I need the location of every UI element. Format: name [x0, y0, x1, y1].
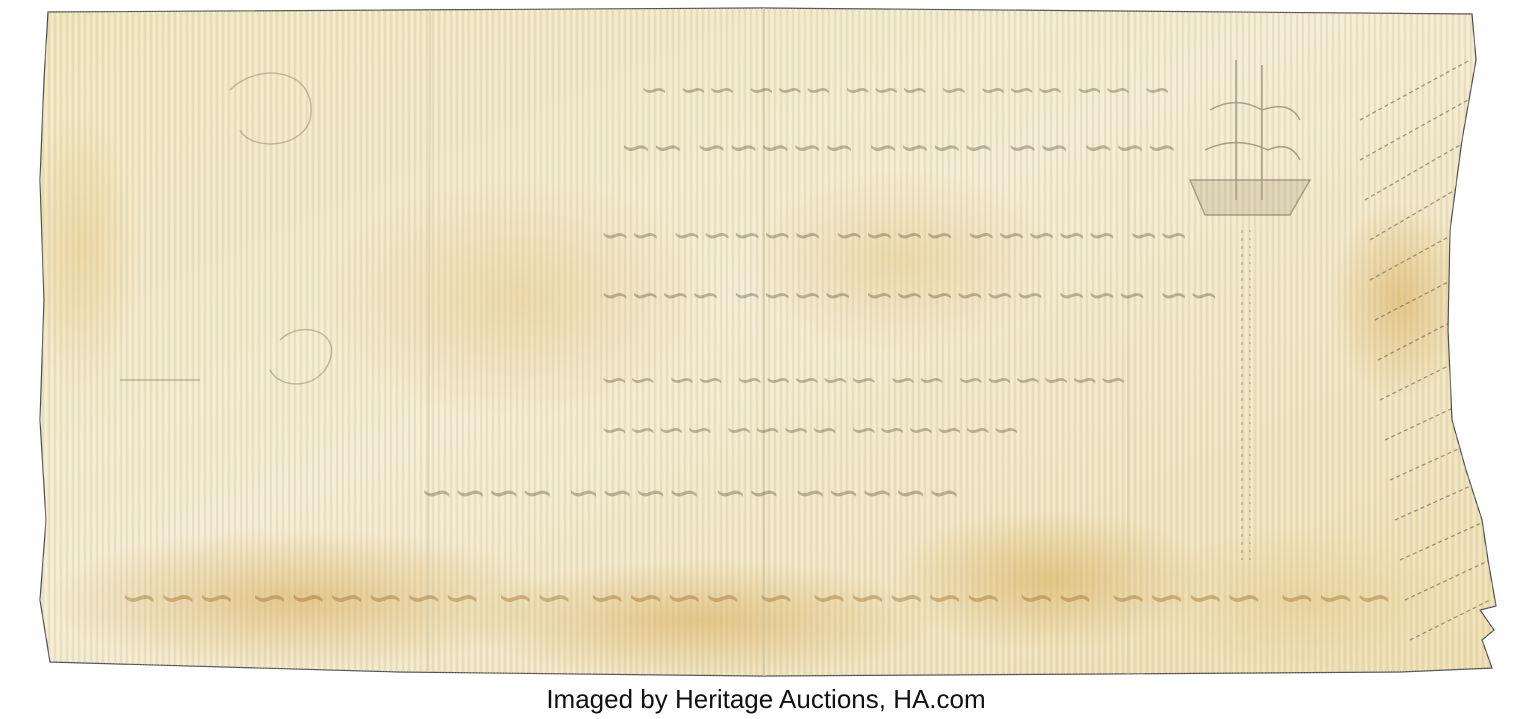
image-stage: ~ ~~ ~~~ ~ ~~~ ~~~ ~~ ~ ~~~ ~~ ~~~~ ~~~~… [0, 0, 1532, 719]
paper-document [0, 0, 1532, 719]
image-credit-caption: Imaged by Heritage Auctions, HA.com [0, 682, 1532, 716]
